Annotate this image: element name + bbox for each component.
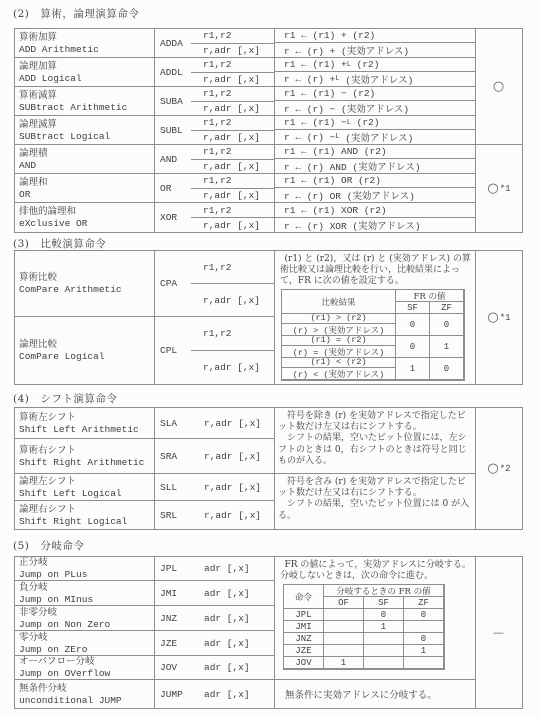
desc-text: (実効アドレス) xyxy=(340,72,414,86)
instruction-name-en: Jump on ZEro xyxy=(19,644,151,656)
instruction-name-cell: 論理和 OR xyxy=(15,174,155,203)
mnemonic: JZE xyxy=(160,638,191,649)
jump-description-cell: 無条件に実効アドレスに分岐する。 xyxy=(275,680,476,708)
operand-address-form: r,adr [,x] xyxy=(191,218,274,232)
desc-text: r1 ← (r1) AND (r2) xyxy=(284,146,387,157)
mnemonic-operand-cell: JPL adr [,x] xyxy=(155,557,275,581)
sf-header: SF xyxy=(396,302,430,314)
branch-command: JMI xyxy=(284,621,324,633)
operand: r,adr [,x] xyxy=(191,482,261,493)
description-register-form: r1 ← (r1) XOR (r2) xyxy=(275,203,475,218)
command-header: 命令 xyxy=(284,585,324,609)
comparison-result-header: 比較結果 xyxy=(282,290,396,314)
instruction-name-cell: 算術加算 ADD Arithmetic xyxy=(15,29,155,58)
operand-address-form: r,adr [,x] xyxy=(191,44,274,58)
operand-register-form: r1,r2 xyxy=(191,58,274,73)
flag-note-ref: *1 xyxy=(500,313,511,323)
zf-value: 0 xyxy=(404,633,444,645)
of-value xyxy=(324,621,364,633)
instruction-name-en: Jump on OVerflow xyxy=(19,668,151,680)
desc-text: r ← (r) OR (実効アドレス) xyxy=(284,188,415,202)
desc-text: r ← (r) XOR (実効アドレス) xyxy=(284,218,421,232)
instruction-name-en: Shift Right Logical xyxy=(19,516,151,528)
description-paragraph: シフトの結果，空いたビット位置には 0 が入る。 xyxy=(275,499,475,521)
table-arithmetic-logic: 算術加算 ADD Arithmetic ADDA r1,r2 r,adr [,x… xyxy=(14,28,523,233)
operand-list: r1,r2 r,adr [,x] xyxy=(191,87,274,115)
instruction-name-en: Jump on MInus xyxy=(19,594,151,606)
branch-command: JNZ xyxy=(284,633,324,645)
operand-address-form: r,adr [,x] xyxy=(191,189,274,203)
description-register-form: r1 ← (r1) OR (r2) xyxy=(275,174,475,188)
sf-value: 1 xyxy=(364,621,404,633)
sf-value xyxy=(364,657,404,669)
sf-value xyxy=(364,633,404,645)
description-register-form: r1 ← (r1) −L (r2) xyxy=(275,116,475,130)
mnemonic: ADDA xyxy=(160,29,191,57)
desc-text: r1 ← (r1) XOR (r2) xyxy=(284,205,387,216)
desc-text: (r2) xyxy=(351,117,380,128)
instruction-name-cell: 論理右シフト Shift Right Logical xyxy=(15,501,155,529)
sf-value: 0 xyxy=(396,336,430,358)
operand-register-form: r1,r2 xyxy=(191,251,274,284)
mnemonic: SRA xyxy=(160,451,191,462)
description-paragraph: 符号を含み (r) を実効アドレスで指定したビット数だけ左又は右にシフトする。 xyxy=(275,477,475,499)
operand-list: r1,r2 r,adr [,x] xyxy=(191,203,274,232)
section-title-shift: (4) シフト演算命令 xyxy=(13,391,117,406)
mnemonic-operand-cell: SUBL r1,r2 r,adr [,x] xyxy=(155,116,275,145)
operation-description-cell: r1 ← (r1) +L (r2) r ← (r) +L (実効アドレス) xyxy=(275,58,476,87)
instruction-name-cell: 論理左シフト Shift Left Logical xyxy=(15,474,155,501)
desc-text: r1 ← (r1) − xyxy=(284,117,347,128)
operand-register-form: r1,r2 xyxy=(191,145,274,160)
mnemonic-operand-cell: JMI adr [,x] xyxy=(155,581,275,606)
instruction-name-en: Shift Right Arithmetic xyxy=(19,457,151,469)
case-register-form: (r1) > (r2) xyxy=(282,314,395,324)
instruction-name-cell: 算術減算 SUBtract Arithmetic xyxy=(15,87,155,116)
desc-text: (実効アドレス) xyxy=(340,130,414,144)
instruction-name-en: eXclusive OR xyxy=(19,218,151,230)
flag-cell: ○*1 xyxy=(476,145,522,232)
instruction-name-ja: 論理左シフト xyxy=(19,476,151,488)
operand-address-form: r,adr [,x] xyxy=(191,284,274,316)
instruction-name-cell: 負分岐 Jump on MInus xyxy=(15,581,155,606)
comparison-case: (r1) = (r2) (r) = (実効アドレス) xyxy=(282,336,396,358)
operation-description-cell: r1 ← (r1) XOR (r2) r ← (r) XOR (実効アドレス) xyxy=(275,203,476,232)
sf-value xyxy=(364,645,404,657)
compare-description-cell: (r1) と (r2)，又は (r) と (実効アドレス) の算術比較又は論理比… xyxy=(275,251,476,384)
operation-description-cell: r1 ← (r1) −L (r2) r ← (r) −L (実効アドレス) xyxy=(275,116,476,145)
branch-command: JZE xyxy=(284,645,324,657)
description-register-form: r1 ← (r1) AND (r2) xyxy=(275,145,475,159)
table-branch: 正分岐 Jump on PLus JPL adr [,x] 負分岐 Jump o… xyxy=(14,556,523,709)
section-title-branch: (5) 分岐命令 xyxy=(13,538,84,553)
mnemonic-operand-cell: JNZ adr [,x] xyxy=(155,606,275,631)
description-paragraph: シフトの結果，空いたビット位置には，左シフトのときは 0，右シフトのときは符号と… xyxy=(275,433,475,467)
document-page: (2) 算術，論理演算命令 算術加算 ADD Arithmetic ADDA r… xyxy=(0,0,539,718)
compare-note: (r1) と (r2)，又は (r) と (実効アドレス) の算術比較又は論理比… xyxy=(275,251,475,287)
desc-text: r1 ← (r1) − (r2) xyxy=(284,88,375,99)
flag-note-ref: *1 xyxy=(500,184,511,194)
instruction-name-en: Jump on PLus xyxy=(19,569,151,581)
branch-command: JOV xyxy=(284,657,324,669)
of-value xyxy=(324,633,364,645)
desc-text: r ← (r) − xyxy=(284,132,335,143)
operand-list: r1,r2 r,adr [,x] xyxy=(191,29,274,57)
circle-mark: ○ xyxy=(493,80,504,93)
comparison-case: (r1) < (r2) (r) < (実効アドレス) xyxy=(282,358,396,380)
operand-list: r1,r2 r,adr [,x] xyxy=(191,317,274,384)
mnemonic-operand-cell: SLL r,adr [,x] xyxy=(155,474,275,501)
instruction-name-ja: 論理加算 xyxy=(19,61,151,73)
zf-value: 1 xyxy=(404,645,444,657)
fr-condition-header: 分岐するときの FR の値 xyxy=(324,585,444,597)
case-register-form: (r1) = (r2) xyxy=(282,336,395,346)
instruction-name-ja: 論理和 xyxy=(19,177,151,189)
mnemonic: SRL xyxy=(160,510,191,521)
mnemonic: SUBA xyxy=(160,87,191,115)
mnemonic: JOV xyxy=(160,662,191,673)
description-address-form: r ← (r) + (実効アドレス) xyxy=(275,43,475,57)
branch-note: FR の値によって，実効アドレスに分岐する。分岐しないときは，次の命令に進む。 xyxy=(275,557,475,582)
mnemonic: CPA xyxy=(160,251,191,316)
instruction-name-ja: 非零分岐 xyxy=(19,607,151,619)
flag-note-ref: *2 xyxy=(500,464,511,474)
case-address-form: (r) > (実効アドレス) xyxy=(282,324,395,336)
description-register-form: r1 ← (r1) + (r2) xyxy=(275,29,475,43)
operation-description-cell: r1 ← (r1) OR (r2) r ← (r) OR (実効アドレス) xyxy=(275,174,476,203)
of-value xyxy=(324,609,364,621)
comparison-result-table: 比較結果 FR の値 SF ZF (r1) > (r2) (r) > (実効アド… xyxy=(281,289,465,381)
circle-mark: ○ xyxy=(487,462,498,475)
instruction-name-cell: 論理加算 ADD Logical xyxy=(15,58,155,87)
instruction-name-ja: 算術減算 xyxy=(19,90,151,102)
operand: adr [,x] xyxy=(191,563,250,574)
instruction-name-cell: 正分岐 Jump on PLus xyxy=(15,557,155,581)
mnemonic: ADDL xyxy=(160,58,191,86)
operand: adr [,x] xyxy=(191,638,250,649)
instruction-name-ja: 無条件分岐 xyxy=(19,683,151,695)
operand-register-form: r1,r2 xyxy=(191,116,274,131)
of-header: OF xyxy=(324,597,364,609)
instruction-name-ja: 論理減算 xyxy=(19,119,151,131)
description-address-form: r ← (r) − (実効アドレス) xyxy=(275,101,475,115)
mnemonic-operand-cell: AND r1,r2 r,adr [,x] xyxy=(155,145,275,174)
instruction-name-cell: 算術左シフト Shift Left Arithmetic xyxy=(15,408,155,439)
mnemonic: JNZ xyxy=(160,613,191,624)
mnemonic-operand-cell: CPL r1,r2 r,adr [,x] xyxy=(155,317,275,384)
operand-address-form: r,adr [,x] xyxy=(191,160,274,174)
instruction-name-ja: 零分岐 xyxy=(19,632,151,644)
operand-register-form: r1,r2 xyxy=(191,203,274,218)
instruction-name-cell: 非零分岐 Jump on Non Zero xyxy=(15,606,155,631)
zf-header: ZF xyxy=(404,597,444,609)
description-address-form: r ← (r) XOR (実効アドレス) xyxy=(275,218,475,232)
mnemonic: OR xyxy=(160,174,191,202)
description-register-form: r1 ← (r1) +L (r2) xyxy=(275,58,475,72)
mnemonic-operand-cell: XOR r1,r2 r,adr [,x] xyxy=(155,203,275,232)
shift-arithmetic-description-cell: 符号を除き (r) を実効アドレスで指定したビット数だけ左又は右にシフトする。 … xyxy=(275,408,476,474)
operation-description-cell: r1 ← (r1) + (r2) r ← (r) + (実効アドレス) xyxy=(275,29,476,58)
table-compare: 算術比較 ComPare Arithmetic CPA r1,r2 r,adr … xyxy=(14,250,523,385)
mnemonic-operand-cell: ADDA r1,r2 r,adr [,x] xyxy=(155,29,275,58)
dash-mark: — xyxy=(493,627,504,638)
instruction-name-cell: 排他的論理和 eXclusive OR xyxy=(15,203,155,232)
instruction-name-cell: 零分岐 Jump on ZEro xyxy=(15,631,155,656)
description-address-form: r ← (r) OR (実効アドレス) xyxy=(275,188,475,202)
zf-value: 0 xyxy=(430,314,464,336)
instruction-name-en: OR xyxy=(19,189,151,201)
instruction-name-ja: 論理比較 xyxy=(19,339,151,351)
desc-text: r ← (r) AND (実効アドレス) xyxy=(284,159,421,173)
circle-mark: ○ xyxy=(487,311,498,324)
mnemonic-operand-cell: SRL r,adr [,x] xyxy=(155,501,275,529)
mnemonic-operand-cell: JUMP adr [,x] xyxy=(155,680,275,708)
case-register-form: (r1) < (r2) xyxy=(282,358,395,368)
desc-text: r ← (r) + xyxy=(284,74,335,85)
mnemonic: XOR xyxy=(160,203,191,232)
instruction-name-cell: 算術比較 ComPare Arithmetic xyxy=(15,251,155,317)
instruction-name-ja: 論理右シフト xyxy=(19,504,151,516)
mnemonic: JPL xyxy=(160,563,191,574)
description-address-form: r ← (r) AND (実効アドレス) xyxy=(275,159,475,173)
zf-value xyxy=(404,621,444,633)
case-address-form: (r) = (実効アドレス) xyxy=(282,346,395,358)
operand-list: r1,r2 r,adr [,x] xyxy=(191,251,274,316)
instruction-name-en: ComPare Logical xyxy=(19,351,151,363)
zf-value xyxy=(404,657,444,669)
operand: r,adr [,x] xyxy=(191,451,261,462)
fr-value-header: FR の値 xyxy=(396,290,464,302)
operand-register-form: r1,r2 xyxy=(191,174,274,189)
instruction-name-cell: 論理比較 ComPare Logical xyxy=(15,317,155,384)
operand-list: r1,r2 r,adr [,x] xyxy=(191,174,274,202)
mnemonic: CPL xyxy=(160,317,191,384)
mnemonic-operand-cell: CPA r1,r2 r,adr [,x] xyxy=(155,251,275,317)
instruction-name-ja: 排他的論理和 xyxy=(19,206,151,218)
mnemonic-operand-cell: ADDL r1,r2 r,adr [,x] xyxy=(155,58,275,87)
instruction-name-en: ADD Arithmetic xyxy=(19,44,151,56)
section-title-arithmetic-logic: (2) 算術，論理演算命令 xyxy=(13,6,139,21)
instruction-name-en: ComPare Arithmetic xyxy=(19,284,151,296)
mnemonic-operand-cell: SRA r,adr [,x] xyxy=(155,439,275,474)
sf-value: 1 xyxy=(396,358,430,380)
operation-description-cell: r1 ← (r1) AND (r2) r ← (r) AND (実効アドレス) xyxy=(275,145,476,174)
case-address-form: (r) < (実効アドレス) xyxy=(282,368,395,380)
operand-list: r1,r2 r,adr [,x] xyxy=(191,145,274,173)
operand-address-form: r,adr [,x] xyxy=(191,102,274,116)
instruction-name-en: Shift Left Arithmetic xyxy=(19,424,151,436)
instruction-name-ja: 算術左シフト xyxy=(19,412,151,424)
mnemonic-operand-cell: SLA r,adr [,x] xyxy=(155,408,275,439)
of-value: 1 xyxy=(324,657,364,669)
instruction-name-en: ADD Logical xyxy=(19,73,151,85)
instruction-name-ja: 算術加算 xyxy=(19,32,151,44)
instruction-name-ja: 算術比較 xyxy=(19,272,151,284)
operand-register-form: r1,r2 xyxy=(191,29,274,44)
operand: adr [,x] xyxy=(191,689,250,700)
instruction-name-ja: 正分岐 xyxy=(19,557,151,569)
instruction-name-ja: 負分岐 xyxy=(19,582,151,594)
operand: r,adr [,x] xyxy=(191,510,261,521)
operand-list: r1,r2 r,adr [,x] xyxy=(191,116,274,144)
zf-value: 0 xyxy=(430,358,464,380)
mnemonic-operand-cell: JOV adr [,x] xyxy=(155,656,275,680)
operand-address-form: r,adr [,x] xyxy=(191,131,274,145)
sf-value: 0 xyxy=(364,609,404,621)
desc-text: (r2) xyxy=(351,59,380,70)
zf-header: ZF xyxy=(430,302,464,314)
table-shift: 算術左シフト Shift Left Arithmetic SLA r,adr [… xyxy=(14,407,523,530)
zf-value: 0 xyxy=(404,609,444,621)
comparison-case: (r1) > (r2) (r) > (実効アドレス) xyxy=(282,314,396,336)
instruction-name-cell: 論理積 AND xyxy=(15,145,155,174)
mnemonic-operand-cell: OR r1,r2 r,adr [,x] xyxy=(155,174,275,203)
instruction-name-en: unconditional JUMP xyxy=(19,695,151,707)
description-register-form: r1 ← (r1) − (r2) xyxy=(275,87,475,101)
instruction-name-ja: 論理積 xyxy=(19,148,151,160)
mnemonic: SUBL xyxy=(160,116,191,144)
instruction-name-cell: 論理減算 SUBtract Logical xyxy=(15,116,155,145)
mnemonic: AND xyxy=(160,145,191,173)
operand: adr [,x] xyxy=(191,662,250,673)
mnemonic-operand-cell: SUBA r1,r2 r,adr [,x] xyxy=(155,87,275,116)
operand: adr [,x] xyxy=(191,613,250,624)
of-value xyxy=(324,645,364,657)
mnemonic: SLL xyxy=(160,482,191,493)
description-address-form: r ← (r) +L (実効アドレス) xyxy=(275,72,475,86)
operand-register-form: r1,r2 xyxy=(191,87,274,102)
sf-header: SF xyxy=(364,597,404,609)
sf-value: 0 xyxy=(396,314,430,336)
flag-cell: ○ xyxy=(476,29,522,145)
flag-cell: ○*1 xyxy=(476,251,522,384)
desc-text: r ← (r) + (実効アドレス) xyxy=(284,43,409,57)
mnemonic: SLA xyxy=(160,418,191,429)
desc-text: r1 ← (r1) + xyxy=(284,59,347,70)
instruction-name-ja: 算術右シフト xyxy=(19,445,151,457)
shift-logical-description-cell: 符号を含み (r) を実効アドレスで指定したビット数だけ左又は右にシフトする。 … xyxy=(275,474,476,529)
branch-condition-table: 命令 分岐するときの FR の値 OF SF ZF JPL 0 0 JMI 1 … xyxy=(283,584,445,670)
desc-text: r1 ← (r1) OR (r2) xyxy=(284,175,381,186)
instruction-name-cell: 算術右シフト Shift Right Arithmetic xyxy=(15,439,155,474)
circle-mark: ○ xyxy=(487,182,498,195)
flag-cell: ○*2 xyxy=(476,408,522,529)
instruction-name-ja: オーバフロー分岐 xyxy=(19,656,151,668)
flag-cell: — xyxy=(476,557,522,708)
instruction-name-cell: オーバフロー分岐 Jump on OVerflow xyxy=(15,656,155,680)
section-title-compare: (3) 比較演算命令 xyxy=(13,236,106,251)
operand-list: r1,r2 r,adr [,x] xyxy=(191,58,274,86)
zf-value: 1 xyxy=(430,336,464,358)
operand-address-form: r,adr [,x] xyxy=(191,351,274,384)
instruction-name-en: SUBtract Logical xyxy=(19,131,151,143)
description-paragraph: 符号を除き (r) を実効アドレスで指定したビット数だけ左又は右にシフトする。 xyxy=(275,411,475,433)
instruction-name-en: SUBtract Arithmetic xyxy=(19,102,151,114)
operand-register-form: r1,r2 xyxy=(191,317,274,351)
mnemonic: JUMP xyxy=(160,689,191,700)
desc-text: r1 ← (r1) + (r2) xyxy=(284,30,375,41)
instruction-name-en: AND xyxy=(19,160,151,172)
operation-description-cell: r1 ← (r1) − (r2) r ← (r) − (実効アドレス) xyxy=(275,87,476,116)
desc-text: r ← (r) − (実効アドレス) xyxy=(284,101,409,115)
operand: adr [,x] xyxy=(191,588,250,599)
instruction-name-en: Jump on Non Zero xyxy=(19,619,151,631)
instruction-name-cell: 無条件分岐 unconditional JUMP xyxy=(15,680,155,708)
mnemonic-operand-cell: JZE adr [,x] xyxy=(155,631,275,656)
branch-command: JPL xyxy=(284,609,324,621)
operand: r,adr [,x] xyxy=(191,418,261,429)
branch-description-cell: FR の値によって，実効アドレスに分岐する。分岐しないときは，次の命令に進む。 … xyxy=(275,557,476,680)
mnemonic: JMI xyxy=(160,588,191,599)
operand-address-form: r,adr [,x] xyxy=(191,73,274,87)
description-address-form: r ← (r) −L (実効アドレス) xyxy=(275,130,475,144)
instruction-name-en: Shift Left Logical xyxy=(19,488,151,500)
